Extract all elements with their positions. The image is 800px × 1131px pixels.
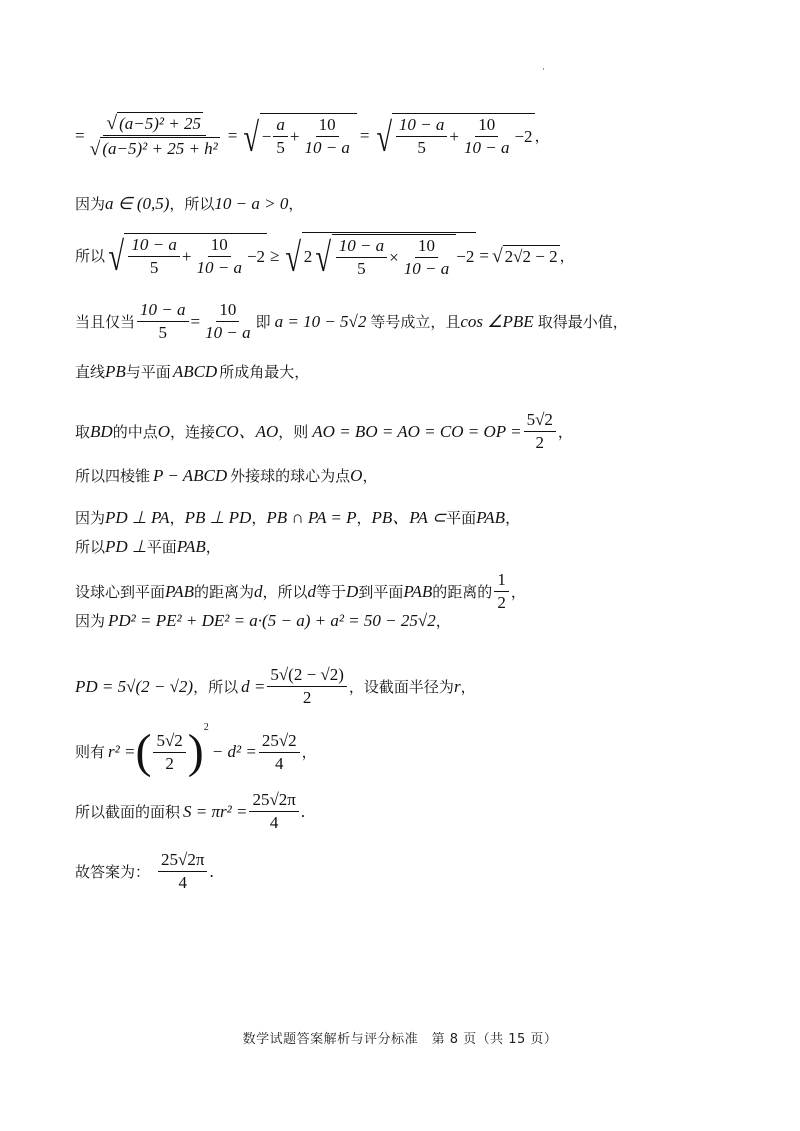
text-line-12: PD = 5√(2 − √2) ，所以 d = 5√(2 − √2)2 ，设截面…: [75, 665, 476, 708]
text-line-5: 直线 PB 与平面 ABCD 所成角最大，: [75, 362, 309, 382]
text-line-8: 因为 PD ⊥ PA ， PB ⊥ PD ， PB ∩ PA = P ， PB、…: [75, 508, 520, 528]
numerator: (a−5)² + 25: [117, 112, 203, 134]
math-inequality: 10 − a > 0: [214, 194, 288, 214]
text-line-6: 取 BD 的中点 O ，连接 CO、AO ，则 AO = BO = AO = C…: [75, 410, 573, 453]
denominator: (a−5)² + 25 + h²: [100, 137, 219, 159]
fraction-cosine: √(a−5)² + 25 √(a−5)² + 25 + h²: [87, 112, 223, 160]
page-footer: 数学试题答案解析与评分标准 第 8 页（共 15 页）: [0, 1028, 800, 1047]
text-line-10: 设球心到平面 PAB 的距离为 d ，所以 d 等于 D 到平面 PAB 的距离…: [75, 570, 526, 613]
scan-artifact-dot: [543, 68, 544, 70]
math-domain: a ∈ (0,5): [105, 194, 169, 214]
sqrt-lhs: √ 10 − a5 + 1010 − a −2: [105, 233, 267, 278]
answer-line: 故答案为： 25√2π4 .: [75, 850, 214, 893]
equality-condition-line: 当且仅当 10 − a5 = 1010 − a 即 a = 10 − 5√2 等…: [75, 300, 628, 343]
text-line-11: 因为 PD² = PE² + DE² = a·(5 − a) + a² = 50…: [75, 611, 451, 631]
minimum-value: 2√2 − 2: [503, 245, 560, 267]
text-line-13: 则有 r² = ( 5√22 ) 2 − d² = 25√24 ，: [75, 728, 317, 776]
sqrt-amgm: √ 2 √ 10 − a5 × 1010 − a −2: [282, 232, 476, 279]
final-answer: 25√2π4: [158, 850, 207, 893]
text-line-2: 因为 a ∈ (0,5) ，所以 10 − a > 0 ，: [75, 194, 303, 214]
sqrt-expression-3: √ 10 − a5 + 1010 − a −2: [373, 113, 535, 158]
math-a-value: a = 10 − 5√2: [275, 312, 367, 332]
text-line-9: 所以 PD ⊥ 平面 PAB ，: [75, 537, 221, 557]
text-line-7: 所以四棱锥 P − ABCD 外接球的球心为点 O ，: [75, 466, 377, 486]
math-cos-angle: cos ∠PBE: [460, 312, 533, 332]
equation-line-1: = √(a−5)² + 25 √(a−5)² + 25 + h² = √ − a…: [75, 112, 550, 160]
text-line-14: 所以截面的面积 S = πr² = 25√2π4 .: [75, 790, 305, 833]
sqrt-expression-2: √ − a5 + 1010 − a: [240, 113, 357, 158]
equals-sign: =: [75, 126, 85, 146]
inequality-line-3: 所以 √ 10 − a5 + 1010 − a −2 ≥ √ 2 √ 10 − …: [75, 232, 575, 279]
